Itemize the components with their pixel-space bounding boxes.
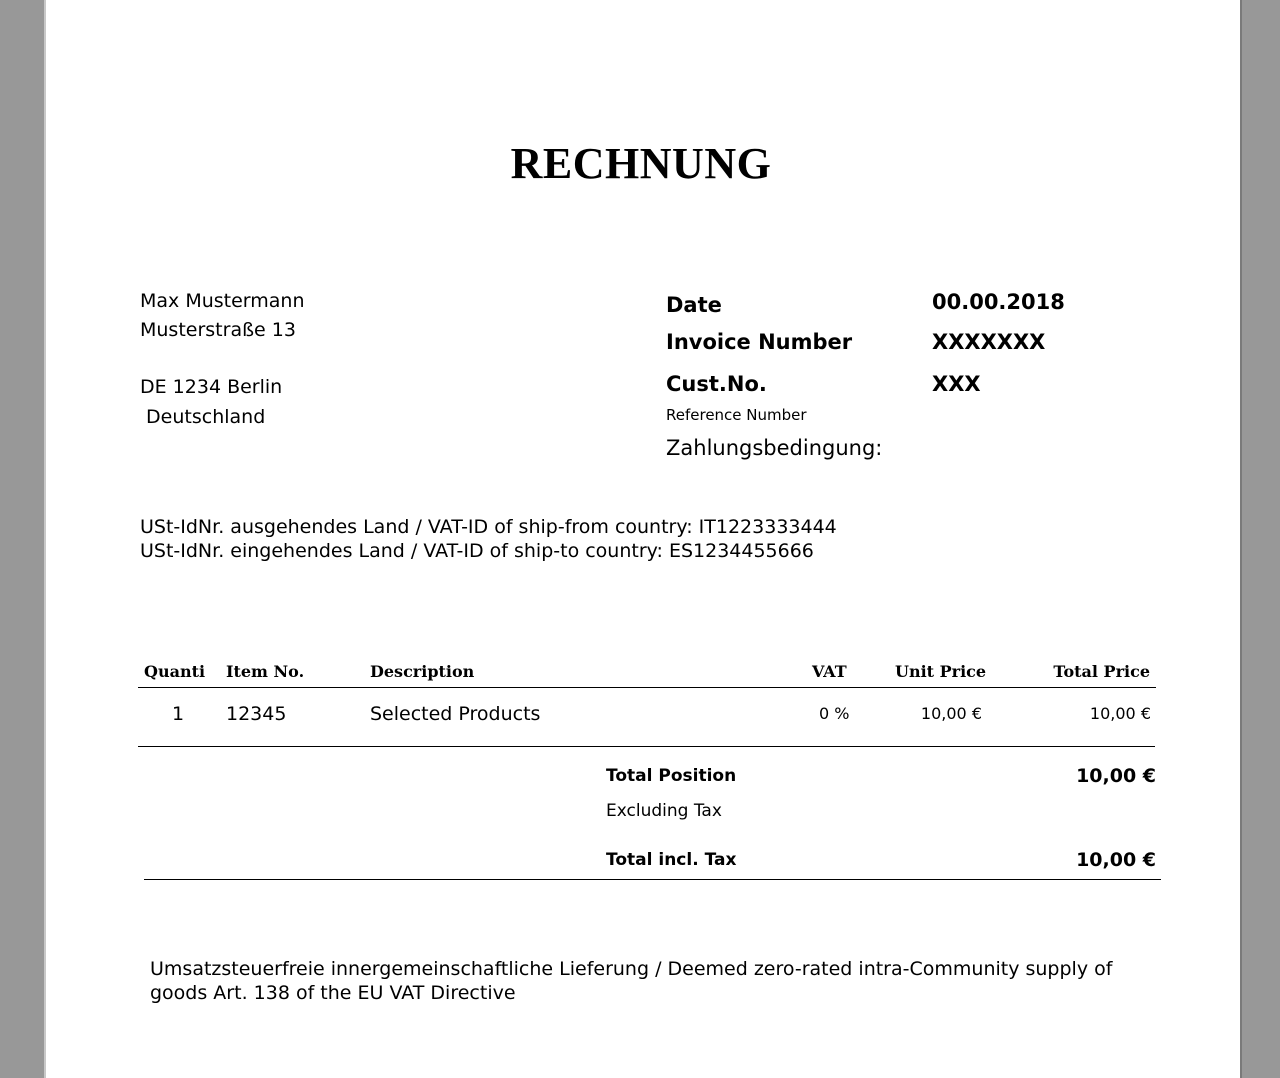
- row-unit-price: 10,00 €: [921, 704, 982, 723]
- sender-country: Deutschland: [140, 406, 265, 428]
- sender-street: Musterstraße 13: [140, 319, 296, 341]
- total-position-value: 10,00 €: [1076, 765, 1156, 787]
- vat-id-ship-to: USt-IdNr. eingehendes Land / VAT-ID of s…: [140, 540, 814, 562]
- row-total-price: 10,00 €: [1090, 704, 1151, 723]
- payment-terms-label: Zahlungsbedingung:: [666, 436, 882, 460]
- header-vat: VAT: [812, 662, 847, 681]
- invoice-page: RECHNUNG Max Mustermann Musterstraße 13 …: [44, 0, 1242, 1078]
- row-item-no: 12345: [226, 703, 286, 725]
- excluding-tax-label: Excluding Tax: [606, 801, 722, 821]
- date-label: Date: [666, 293, 722, 317]
- tax-exemption-note: Umsatzsteuerfreie innergemeinschaftliche…: [150, 957, 1160, 1005]
- sender-city: DE 1234 Berlin: [140, 376, 282, 398]
- header-item-no: Item No.: [226, 662, 304, 681]
- header-total-price: Total Price: [1053, 662, 1150, 681]
- total-incl-tax-value: 10,00 €: [1076, 849, 1156, 871]
- total-position-label: Total Position: [606, 766, 736, 786]
- reference-number-label: Reference Number: [666, 406, 807, 424]
- row-rule: [138, 746, 1155, 747]
- document-title: RECHNUNG: [46, 138, 1236, 189]
- customer-number-label: Cust.No.: [666, 372, 767, 396]
- vat-id-ship-from: USt-IdNr. ausgehendes Land / VAT-ID of s…: [140, 516, 837, 538]
- header-unit-price: Unit Price: [895, 662, 986, 681]
- row-description: Selected Products: [370, 703, 540, 725]
- sender-name: Max Mustermann: [140, 290, 305, 312]
- customer-number-value: XXX: [932, 372, 981, 396]
- totals-rule: [144, 879, 1161, 880]
- header-rule: [138, 687, 1156, 688]
- date-value: 00.00.2018: [932, 290, 1065, 314]
- header-quantity: Quanti: [144, 662, 205, 681]
- row-vat: 0 %: [819, 704, 849, 723]
- total-incl-tax-label: Total incl. Tax: [606, 850, 736, 870]
- invoice-number-label: Invoice Number: [666, 330, 852, 354]
- row-quantity: 1: [172, 703, 184, 725]
- invoice-number-value: XXXXXXX: [932, 330, 1045, 354]
- header-description: Description: [370, 662, 474, 681]
